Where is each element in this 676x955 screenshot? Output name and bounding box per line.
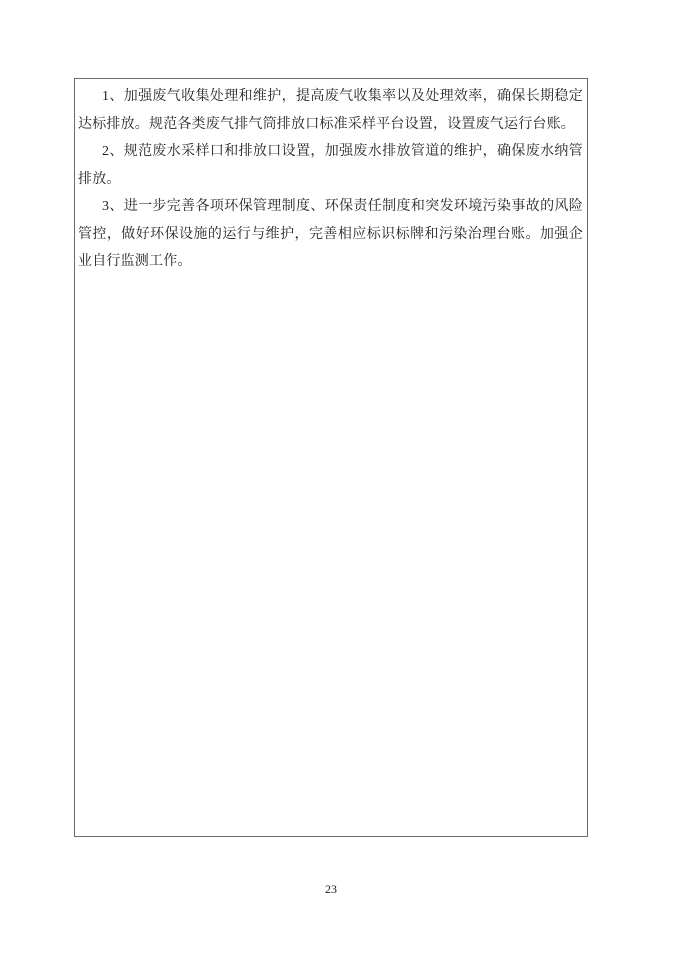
paragraph-management-system: 3、进一步完善各项环保管理制度、环保责任制度和突发环境污染事故的风险管控，做好环… [78, 193, 583, 276]
paragraph-waste-water: 2、规范废水采样口和排放口设置，加强废水排放管道的维护，确保废水纳管排放。 [78, 138, 583, 193]
page-number: 23 [74, 882, 588, 897]
paragraph-waste-gas: 1、加强废气收集处理和维护，提高废气收集率以及处理效率，确保长期稳定达标排放。规… [78, 83, 583, 138]
document-page: 1、加强废气收集处理和维护，提高废气收集率以及处理效率，确保长期稳定达标排放。规… [0, 0, 676, 955]
table-cell: 1、加强废气收集处理和维护，提高废气收集率以及处理效率，确保长期稳定达标排放。规… [74, 78, 588, 837]
